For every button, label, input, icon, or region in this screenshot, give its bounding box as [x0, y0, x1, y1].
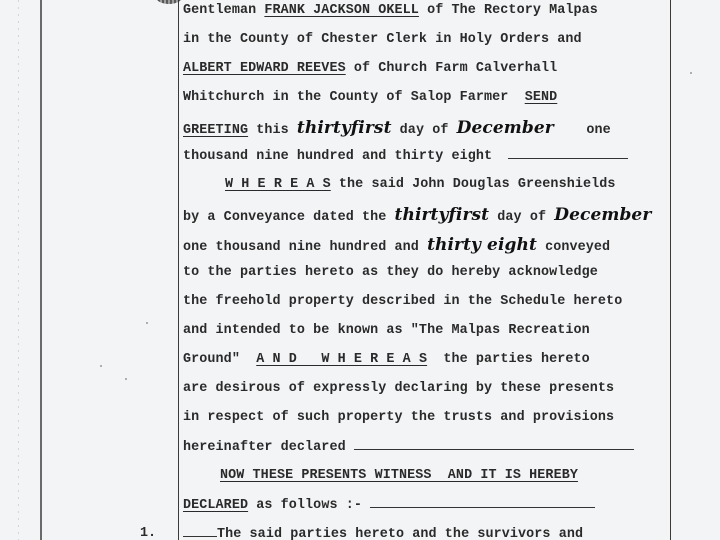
- fill-rule: [370, 497, 595, 508]
- text-line: are desirous of expressly declaring by t…: [183, 381, 614, 396]
- witness-clause: NOW THESE PRESENTS WITNESS AND IT IS HER…: [220, 468, 578, 483]
- text-line: GREETING this thirtyfirst day of Decembe…: [183, 118, 611, 138]
- text: thousand nine hundred and thirty eight: [183, 149, 492, 164]
- text-line: W H E R E A S the said John Douglas Gree…: [225, 177, 616, 192]
- handwritten-day: thirtyfirst: [297, 118, 392, 138]
- party-name-okell: FRANK JACKSON OKELL: [264, 3, 419, 18]
- text: the parties hereto: [435, 352, 590, 367]
- text: day of: [392, 123, 457, 138]
- text: hereinafter declared: [183, 440, 346, 455]
- text-line: Whitchurch in the County of Salop Farmer…: [183, 90, 557, 105]
- fill-rule: [354, 439, 634, 450]
- scan-speck: [100, 365, 102, 367]
- text: by a Conveyance dated the: [183, 210, 395, 225]
- text-line: to the parties hereto as they do hereby …: [183, 265, 598, 280]
- binding-dots: [18, 0, 19, 540]
- text: The said parties hereto and the survivor…: [217, 527, 583, 540]
- fill-rule: [183, 526, 217, 537]
- text-line: and intended to be known as "The Malpas …: [183, 323, 590, 338]
- text: one thousand nine hundred and: [183, 240, 427, 255]
- text-line: by a Conveyance dated the thirtyfirst da…: [183, 205, 651, 225]
- text-line: the freehold property described in the S…: [183, 294, 622, 309]
- text: Gentleman: [183, 3, 264, 18]
- text: conveyed: [537, 240, 610, 255]
- clause-number: 1.: [140, 526, 156, 540]
- text-line: DECLARED as follows :-: [183, 497, 595, 513]
- text: the said John Douglas Greenshields: [331, 177, 616, 192]
- document-page: Gentleman FRANK JACKSON OKELL of The Rec…: [0, 0, 720, 540]
- text: of The Rectory Malpas: [419, 3, 598, 18]
- text-line: hereinafter declared: [183, 439, 634, 455]
- text-line: thousand nine hundred and thirty eight: [183, 148, 628, 164]
- handwritten-year: thirty eight: [427, 235, 537, 255]
- text-line: NOW THESE PRESENTS WITNESS AND IT IS HER…: [220, 468, 578, 483]
- handwritten-month: December: [554, 205, 651, 225]
- binding-edge: [40, 0, 42, 540]
- text-line: one thousand nine hundred and thirty eig…: [183, 235, 610, 255]
- whereas-keyword: W H E R E A S: [225, 177, 331, 192]
- party-name-reeves: ALBERT EDWARD REEVES: [183, 61, 346, 76]
- text-line: in respect of such property the trusts a…: [183, 410, 614, 425]
- right-margin-rule: [670, 0, 671, 540]
- text: of Church Farm Calverhall: [346, 61, 558, 76]
- text: one: [578, 123, 611, 138]
- scan-speck: [146, 322, 148, 324]
- greeting-keyword: GREETING: [183, 123, 248, 138]
- send-keyword: SEND: [525, 90, 558, 105]
- left-margin-rule: [178, 0, 179, 540]
- scan-speck: [125, 378, 127, 380]
- and-whereas-keyword: A N D W H E R E A S: [256, 352, 427, 367]
- text: as follows :-: [248, 498, 362, 513]
- text: Ground": [183, 352, 248, 367]
- text-line: in the County of Chester Clerk in Holy O…: [183, 32, 582, 47]
- declared-keyword: DECLARED: [183, 498, 248, 513]
- fill-rule: [508, 148, 628, 159]
- text: day of: [489, 210, 554, 225]
- text-line: ALBERT EDWARD REEVES of Church Farm Calv…: [183, 61, 557, 76]
- text: Whitchurch in the County of Salop Farmer: [183, 90, 517, 105]
- scan-speck: [690, 72, 692, 74]
- text-line: Gentleman FRANK JACKSON OKELL of The Rec…: [183, 3, 598, 18]
- handwritten-month: December: [457, 118, 554, 138]
- text: this: [248, 123, 297, 138]
- text-line: The said parties hereto and the survivor…: [183, 526, 583, 540]
- text-line: Ground" A N D W H E R E A S the parties …: [183, 352, 590, 367]
- handwritten-day: thirtyfirst: [395, 205, 490, 225]
